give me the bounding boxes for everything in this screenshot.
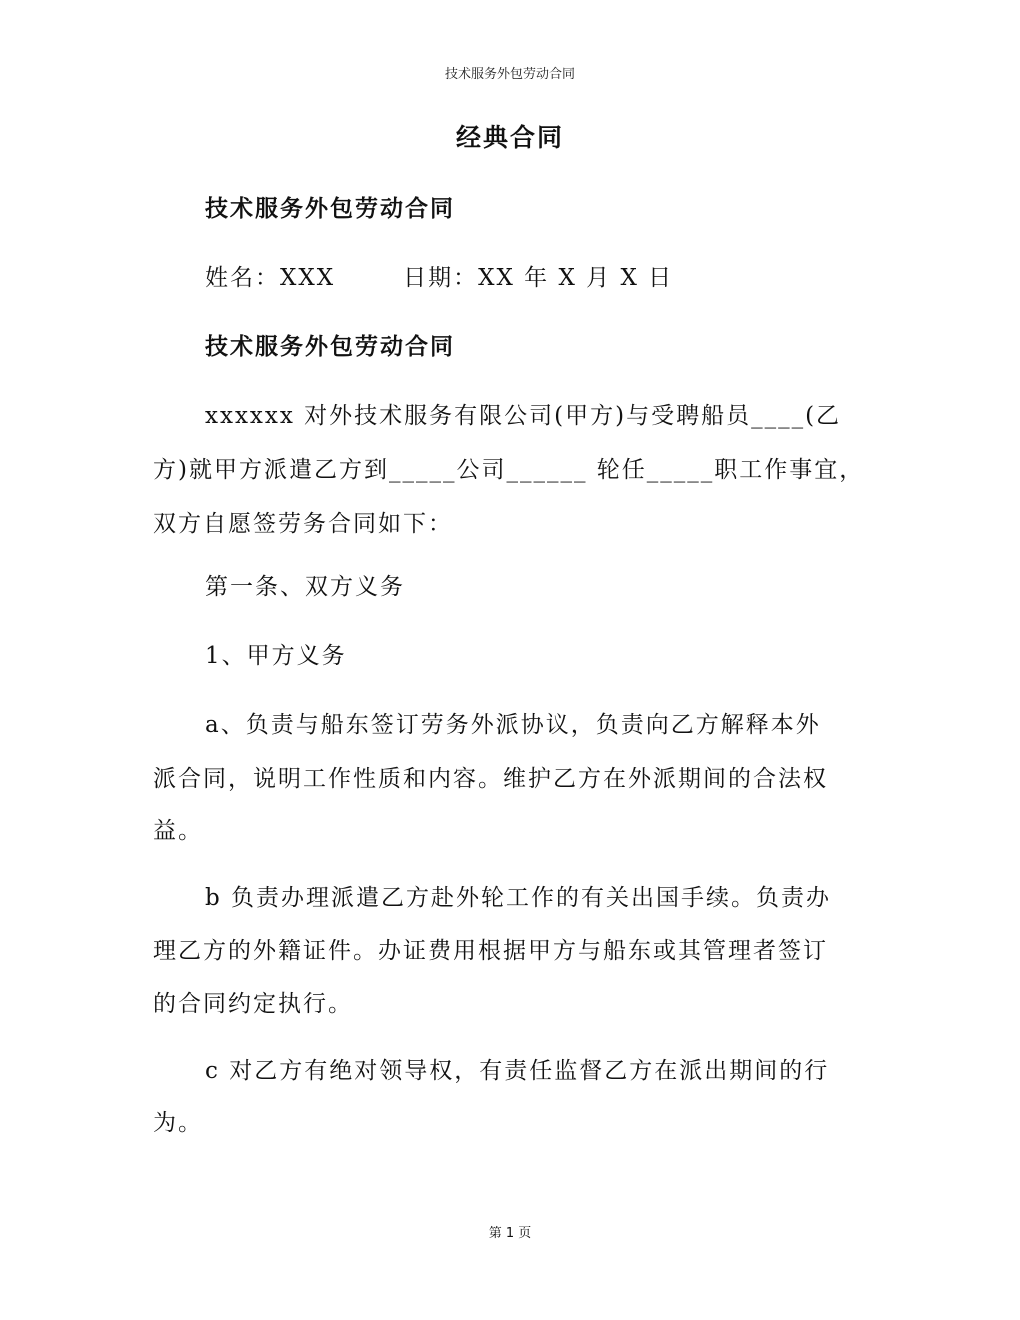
- item-b-line-3: 的合同约定执行。: [153, 985, 873, 1018]
- item-a-line-1: a、负责与船东签订劳务外派协议，负责向乙方解释本外: [205, 706, 925, 739]
- party-a-obligations-heading: 1、甲方义务: [205, 637, 925, 670]
- document-date: 日期：XX 年 X 月 X 日: [403, 265, 673, 291]
- item-c-line-2: 为。: [153, 1104, 873, 1137]
- item-a-line-3: 益。: [153, 812, 873, 845]
- contract-heading: 技术服务外包劳动合同: [205, 190, 925, 223]
- page-number: 第 1 页: [0, 1222, 1020, 1241]
- document-title: 经典合同: [0, 118, 1020, 154]
- meta-line: 姓名：XXX日期：XX 年 X 月 X 日: [205, 259, 925, 292]
- item-b-line-2: 理乙方的外籍证件。办证费用根据甲方与船东或其管理者签订: [153, 932, 873, 965]
- article-1-heading: 第一条、双方义务: [205, 568, 925, 601]
- intro-line-2: 方)就甲方派遣乙方到_____公司______ 轮任_____职工作事宜，: [153, 451, 873, 484]
- intro-line-3: 双方自愿签劳务合同如下：: [153, 505, 873, 538]
- item-c-line-1: c 对乙方有绝对领导权，有责任监督乙方在派出期间的行: [205, 1052, 925, 1085]
- contract-heading-repeat: 技术服务外包劳动合同: [205, 328, 925, 361]
- item-b-line-1: b 负责办理派遣乙方赴外轮工作的有关出国手续。负责办: [205, 879, 925, 912]
- intro-line-1: xxxxxx 对外技术服务有限公司(甲方)与受聘船员____(乙: [205, 397, 925, 430]
- author-name: 姓名：XXX: [205, 265, 335, 291]
- item-a-line-2: 派合同，说明工作性质和内容。维护乙方在外派期间的合法权: [153, 760, 873, 793]
- page-header: 技术服务外包劳动合同: [0, 63, 1020, 82]
